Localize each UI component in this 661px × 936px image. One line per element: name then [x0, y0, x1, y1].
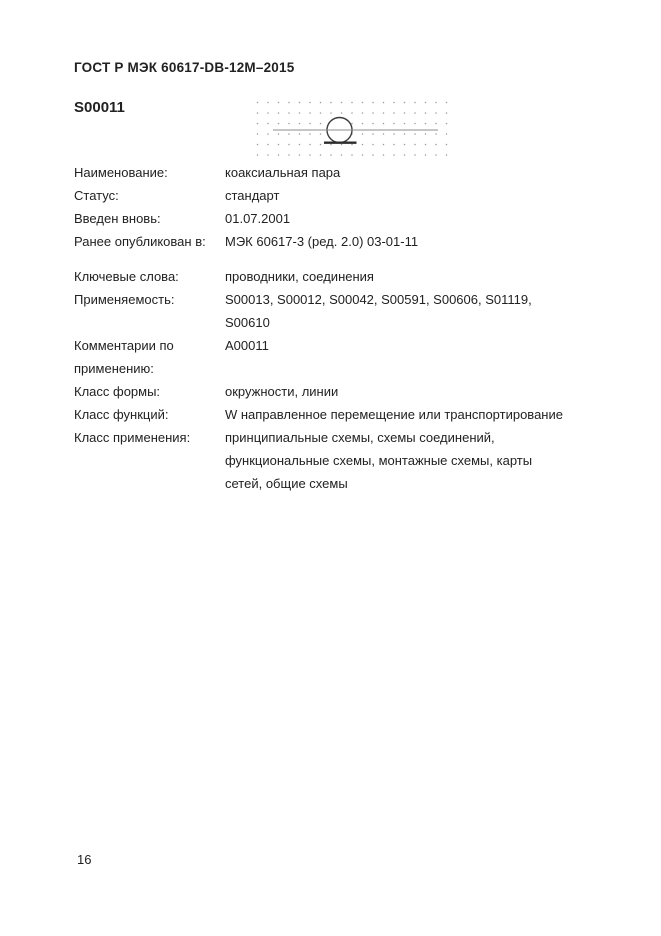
field-label: Введен вновь: — [74, 207, 225, 230]
field-value: 01.07.2001 — [225, 207, 596, 230]
field-value: A00011 — [225, 334, 596, 357]
field-row-status: Статус: стандарт — [74, 184, 596, 207]
field-label: Статус: — [74, 184, 225, 207]
field-value: окружности, линии — [225, 380, 596, 403]
field-value: стандарт — [225, 184, 596, 207]
field-row-previously-published: Ранее опубликован в: МЭК 60617-3 (ред. 2… — [74, 230, 596, 253]
document-page: ГОСТ Р МЭК 60617-DB-12M–2015 S00011 Наим… — [0, 0, 661, 936]
field-value: МЭК 60617-3 (ред. 2.0) 03-01-11 — [225, 230, 596, 253]
field-row-function-class: Класс функций: W направленное перемещени… — [74, 403, 596, 426]
properties-group-classification: Ключевые слова: проводники, соединения П… — [74, 265, 596, 495]
field-row-applicability: Применяемость: S00013, S00012, S00042, S… — [74, 288, 596, 334]
field-label: Класс применения: — [74, 426, 225, 449]
field-value: коаксиальная пара — [225, 161, 596, 184]
field-row-introduced: Введен вновь: 01.07.2001 — [74, 207, 596, 230]
symbol-properties: Наименование: коаксиальная пара Статус: … — [74, 161, 596, 495]
field-row-application-class: Класс применения: принципиальные схемы, … — [74, 426, 596, 495]
field-label: Наименование: — [74, 161, 225, 184]
field-row-keywords: Ключевые слова: проводники, соединения — [74, 265, 596, 288]
field-value: W направленное перемещение или транспорт… — [225, 403, 596, 426]
field-label: Комментарии по применению: — [74, 334, 225, 380]
field-label: Применяемость: — [74, 288, 225, 311]
field-value: S00013, S00012, S00042, S00591, S00606, … — [225, 288, 596, 334]
page-number: 16 — [77, 848, 91, 871]
symbol-id: S00011 — [74, 99, 125, 116]
coaxial-pair-symbol — [256, 99, 449, 159]
standard-header-title: ГОСТ Р МЭК 60617-DB-12M–2015 — [74, 60, 294, 75]
field-row-shape-class: Класс формы: окружности, линии — [74, 380, 596, 403]
field-row-application-comments: Комментарии по применению: A00011 — [74, 334, 596, 380]
field-label: Класс функций: — [74, 403, 225, 426]
field-label: Ранее опубликован в: — [74, 230, 225, 253]
field-value: проводники, соединения — [225, 265, 596, 288]
field-row-name: Наименование: коаксиальная пара — [74, 161, 596, 184]
properties-group-main: Наименование: коаксиальная пара Статус: … — [74, 161, 596, 253]
field-label: Ключевые слова: — [74, 265, 225, 288]
field-value: принципиальные схемы, схемы соединений, … — [225, 426, 596, 495]
field-label: Класс формы: — [74, 380, 225, 403]
